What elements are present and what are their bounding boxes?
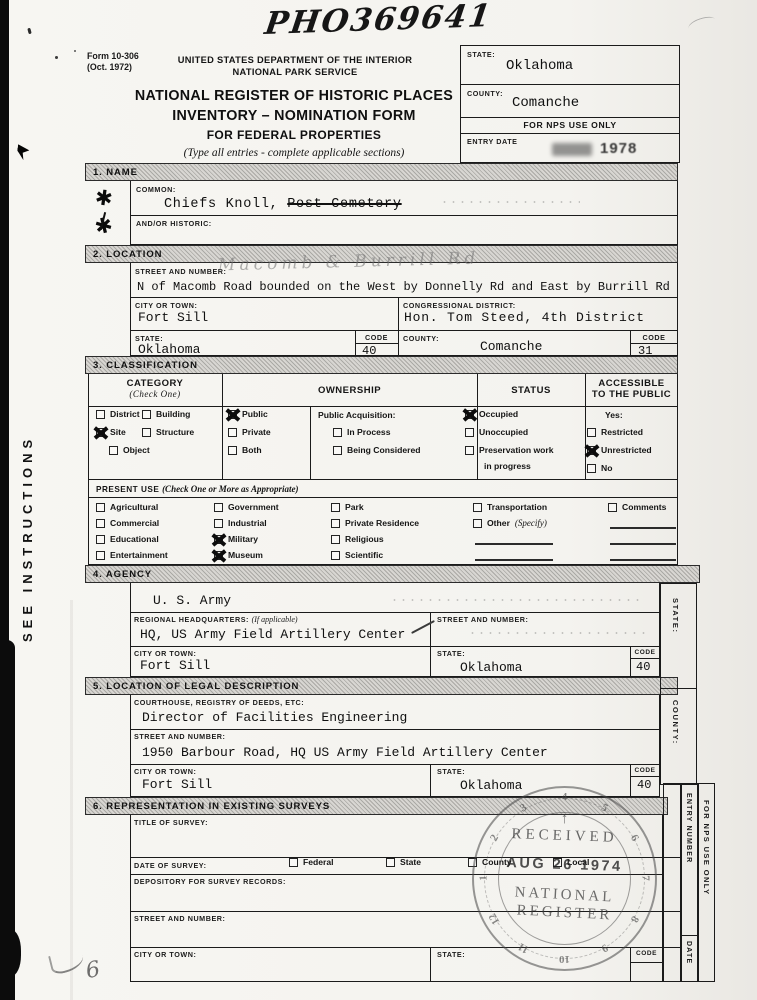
write-in-line (610, 527, 676, 529)
city-label: CITY OR TOWN: (134, 950, 196, 959)
divider-line (130, 764, 660, 765)
scan-streak (70, 600, 73, 1000)
scan-dots (390, 598, 645, 603)
code-label: CODE (630, 767, 660, 774)
write-in-line (610, 559, 676, 561)
street-label: STREET AND NUMBER: (134, 914, 226, 923)
checkbox-private-residence: Private Residence (331, 518, 419, 528)
status-header: STATUS (477, 385, 585, 396)
state-value: Oklahoma (138, 343, 200, 358)
state-value: Oklahoma (460, 779, 522, 794)
section-bar-title: 5. LOCATION OF LEGAL DESCRIPTION (93, 681, 299, 692)
checkbox-icon (587, 464, 596, 473)
checkbox-both: Both (228, 445, 262, 455)
see-instructions-note: SEE INSTRUCTIONS (20, 330, 35, 642)
city-label: CITY OR TOWN: (135, 301, 197, 310)
checkbox-icon (96, 519, 105, 528)
checkbox-icon (331, 503, 340, 512)
accessible-header: ACCESSIBLE TO THE PUBLIC (585, 378, 678, 400)
handwritten-star-mark: ✱ (93, 185, 114, 212)
checkbox-museum: Museum (214, 550, 263, 560)
write-in-line (475, 543, 553, 545)
checkbox-label: Preservation work (479, 445, 554, 455)
form-title-line2: INVENTORY – NOMINATION FORM (118, 108, 470, 124)
department-line2: NATIONAL PARK SERVICE (150, 66, 440, 78)
checkbox-local: Local (553, 857, 589, 867)
regional-hq-label-suffix: (If applicable) (252, 615, 298, 624)
checkbox-district: District (96, 409, 140, 419)
checkbox-icon (228, 410, 237, 419)
checkbox-in-process: In Process (333, 427, 390, 437)
divider-line (130, 947, 663, 948)
category-header: CATEGORY (Check One) (88, 378, 222, 399)
state-label: STATE: (437, 649, 465, 658)
checkbox-site: Site (96, 427, 126, 437)
checkbox-label: Both (242, 445, 262, 455)
margin-entry-number-label: ENTRY NUMBER (685, 793, 692, 863)
city-value: Fort Sill (140, 659, 210, 674)
common-value-text: Chiefs Knoll, (164, 197, 278, 212)
divider-line (430, 764, 431, 797)
checkbox-icon (473, 519, 482, 528)
street-label: STREET AND NUMBER: (437, 615, 529, 624)
checkbox-label: Being Considered (347, 445, 421, 455)
category-header-text: CATEGORY (88, 378, 222, 389)
common-value: Chiefs Knoll, Post Cemetery (164, 197, 402, 213)
city-label: CITY OR TOWN: (134, 649, 196, 658)
entry-date-stamp: 1978 (600, 140, 637, 157)
checkbox-label: District (110, 409, 140, 419)
congressional-value: Hon. Tom Steed, 4th District (404, 311, 645, 326)
checkbox-label-suffix: (Specify) (515, 518, 547, 528)
divider-line (130, 646, 660, 647)
present-use-label: PRESENT USE (Check One or More as Approp… (96, 484, 298, 494)
checkbox-icon (331, 519, 340, 528)
county-value: Comanche (480, 340, 542, 355)
state-label: STATE: (467, 50, 495, 59)
handwritten-scribble-flourish (48, 948, 86, 976)
checkbox-icon (333, 446, 342, 455)
checkbox-agricultural: Agricultural (96, 502, 158, 512)
department-heading: UNITED STATES DEPARTMENT OF THE INTERIOR… (150, 54, 440, 78)
divider-line (310, 406, 311, 480)
checkbox-entertainment: Entertainment (96, 550, 168, 560)
ownership-header: OWNERSHIP (222, 385, 477, 396)
section-bar-title: 3. CLASSIFICATION (93, 360, 198, 371)
agency-value: U. S. Army (153, 594, 231, 609)
divider-line (663, 857, 681, 858)
checkbox-label: Other (487, 518, 510, 528)
regional-hq-label: REGIONAL HEADQUARTERS: (If applicable) (134, 615, 298, 624)
courthouse-label: COURTHOUSE, REGISTRY OF DEEDS, ETC: (134, 698, 304, 707)
checkbox-commercial: Commercial (96, 518, 159, 528)
checkbox-label: Unoccupied (479, 427, 528, 437)
checkbox-icon (228, 428, 237, 437)
checkbox-label: In Process (347, 427, 390, 437)
checkbox-preservation-work: Preservation work (465, 445, 554, 455)
checkbox-label: Religious (345, 534, 384, 544)
divider-line (130, 874, 663, 875)
checkbox-label: Federal (303, 857, 334, 867)
courthouse-value: Director of Facilities Engineering (142, 711, 407, 726)
checkbox-icon (96, 428, 105, 437)
checkbox-icon (96, 503, 105, 512)
margin-date-label: DATE (685, 941, 692, 964)
checkbox-icon (468, 858, 477, 867)
code-label: CODE (630, 950, 663, 957)
checkbox-label: Military (228, 534, 258, 544)
form-number: Form 10-306 (Oct. 1972) (87, 51, 139, 72)
checkbox-icon (96, 410, 105, 419)
street-label: STREET AND NUMBER: (134, 732, 226, 741)
ink-flick-mark (16, 144, 30, 161)
regional-hq-label-text: REGIONAL HEADQUARTERS: (134, 615, 249, 624)
checkbox-label: County (482, 857, 512, 867)
code-value: 40 (637, 779, 651, 793)
street-label: STREET AND NUMBER: (135, 267, 227, 276)
checkbox-religious: Religious (331, 534, 384, 544)
divider-line (630, 776, 660, 777)
checkbox-private: Private (228, 427, 271, 437)
present-use-label-text: PRESENT USE (96, 485, 159, 494)
checkbox-unoccupied: Unoccupied (465, 427, 528, 437)
county-label: COUNTY: (467, 89, 503, 98)
divider-line (460, 84, 680, 85)
acquisition-label: Public Acquisition: (318, 410, 396, 420)
section-bar-title: 2. LOCATION (93, 249, 162, 260)
checkbox-label: Industrial (228, 518, 267, 528)
street-value: 1950 Barbour Road, HQ US Army Field Arti… (142, 746, 548, 761)
checkbox-label: Building (156, 409, 190, 419)
divider-line (88, 406, 678, 407)
common-label: COMMON: (136, 185, 176, 194)
city-value: Fort Sill (142, 778, 212, 793)
checkbox-icon (214, 551, 223, 560)
pencil-curve-mark (687, 14, 717, 34)
present-use-sublabel: (Check One or More as Appropriate) (162, 484, 298, 494)
divider-line (130, 330, 678, 331)
regional-hq-value: HQ, US Army Field Artillery Center (140, 628, 405, 643)
checkbox-label: No (601, 463, 612, 473)
checkbox-military: Military (214, 534, 258, 544)
section-bar-6: 6. REPRESENTATION IN EXISTING SURVEYS (85, 797, 668, 815)
divider-line (398, 297, 399, 356)
checkbox-label: Government (228, 502, 279, 512)
checkbox-park: Park (331, 502, 364, 512)
divider-line (88, 497, 678, 498)
category-subheader: (Check One) (88, 389, 222, 399)
code-value: 40 (636, 661, 650, 675)
common-value-struck-text: Post Cemetery (287, 197, 401, 212)
divider-line (130, 729, 660, 730)
form-number-line1: Form 10-306 (87, 51, 139, 62)
section-bar-1: 1. NAME (85, 163, 678, 181)
accessible-header-line2: TO THE PUBLIC (585, 389, 678, 400)
checkbox-label: Occupied (479, 409, 518, 419)
state-code-value: 40 (362, 345, 376, 359)
checkbox-county: County (468, 857, 512, 867)
checkbox-icon (142, 410, 151, 419)
checkbox-label: Entertainment (110, 550, 168, 560)
divider-line (130, 911, 663, 912)
form-title-line1: NATIONAL REGISTER OF HISTORIC PLACES (118, 88, 470, 104)
section-bar-3: 3. CLASSIFICATION (85, 356, 678, 374)
checkbox-other: Other(Specify) (473, 518, 547, 528)
checkbox-icon (386, 858, 395, 867)
form-title: NATIONAL REGISTER OF HISTORIC PLACES INV… (118, 88, 470, 159)
checkbox-state: State (386, 857, 421, 867)
margin-county-label: COUNTY: (671, 700, 680, 745)
checkbox-icon (96, 551, 105, 560)
checkbox-label: Museum (228, 550, 263, 560)
checkbox-restricted: Restricted (587, 427, 643, 437)
state-value: Oklahoma (460, 661, 522, 676)
divider-line (130, 215, 678, 216)
checkbox-icon (331, 551, 340, 560)
county-label: COUNTY: (403, 334, 439, 343)
section-bar-title: 6. REPRESENTATION IN EXISTING SURVEYS (93, 801, 330, 812)
scan-speck (74, 50, 76, 52)
section1-field-box (130, 181, 678, 245)
checkbox-scientific: Scientific (331, 550, 383, 560)
entry-date-stamp-smudge (552, 143, 592, 156)
checkbox-icon (333, 428, 342, 437)
checkbox-educational: Educational (96, 534, 159, 544)
checkbox-label: Agricultural (110, 502, 158, 512)
checkbox-icon (465, 410, 474, 419)
state-code-label: CODE (355, 333, 398, 342)
state-label: STATE: (437, 950, 465, 959)
checkbox-icon (228, 446, 237, 455)
divider-line (630, 658, 660, 659)
checkbox-label: Local (567, 857, 589, 867)
checkbox-icon (553, 858, 562, 867)
checkbox-label: Transportation (487, 502, 547, 512)
form-number-line2: (Oct. 1972) (87, 62, 139, 73)
checkbox-icon (109, 446, 118, 455)
checkbox-unrestricted: Unrestricted (587, 445, 652, 455)
checkbox-icon (289, 858, 298, 867)
checkbox-icon (96, 535, 105, 544)
form-subtitle: (Type all entries - complete applicable … (118, 147, 470, 159)
state-label: STATE: (437, 767, 465, 776)
historic-label: AND/OR HISTORIC: (136, 219, 212, 228)
divider-line (130, 612, 660, 613)
checkbox-label: State (400, 857, 421, 867)
checkbox-icon (465, 428, 474, 437)
checkbox-label: Park (345, 502, 364, 512)
divider-line (430, 947, 431, 982)
checkbox-comments: Comments (608, 502, 666, 512)
entry-date-label: ENTRY DATE (467, 137, 518, 146)
checkbox-icon (331, 535, 340, 544)
congressional-label: CONGRESSIONAL DISTRICT: (403, 301, 516, 310)
checkbox-label: Commercial (110, 518, 159, 528)
divider-line (663, 947, 681, 948)
checkbox-federal: Federal (289, 857, 334, 867)
checkbox-transportation: Transportation (473, 502, 547, 512)
checkbox-label: Private Residence (345, 518, 419, 528)
scan-dots (440, 200, 580, 205)
checkbox-no: No (587, 463, 612, 473)
state-value: Oklahoma (506, 58, 573, 74)
checkbox-government: Government (214, 502, 279, 512)
survey-title-label: TITLE OF SURVEY: (134, 818, 208, 827)
checkbox-icon (587, 428, 596, 437)
margin-blank-column (663, 783, 681, 982)
city-value: Fort Sill (138, 311, 208, 326)
checkbox-icon (214, 519, 223, 528)
handwritten-id: PHO369641 (263, 0, 495, 42)
scan-speck (27, 28, 31, 35)
checkbox-icon (142, 428, 151, 437)
divider-line (660, 688, 697, 689)
form-title-line3: FOR FEDERAL PROPERTIES (118, 128, 470, 142)
county-value: Comanche (512, 95, 579, 111)
checkbox-structure: Structure (142, 427, 194, 437)
survey-date-label: DATE OF SURVEY: (134, 861, 207, 870)
accessible-yes-label: Yes: (605, 410, 623, 420)
margin-nps-use-label: FOR NPS USE ONLY (702, 800, 711, 895)
checkbox-label: Structure (156, 427, 194, 437)
checkbox-icon (473, 503, 482, 512)
divider-line (460, 117, 680, 118)
city-label: CITY OR TOWN: (134, 767, 196, 776)
checkbox-label: Educational (110, 534, 159, 544)
checkbox-label: Restricted (601, 427, 643, 437)
checkbox-occupied: Occupied (465, 409, 518, 419)
checkbox-label: Unrestricted (601, 445, 652, 455)
checkbox-building: Building (142, 409, 190, 419)
scan-blot (0, 930, 21, 976)
divider-line (630, 962, 663, 963)
checkbox-label: Scientific (345, 550, 383, 560)
divider-line (681, 935, 698, 936)
write-in-line (610, 543, 676, 545)
handwritten-scribble-text: 6 (84, 957, 102, 984)
section-bar-title: 1. NAME (93, 167, 138, 178)
checkbox-icon (214, 503, 223, 512)
checkbox-industrial: Industrial (214, 518, 267, 528)
checkbox-label: Comments (622, 502, 666, 512)
checkbox-being-considered: Being Considered (333, 445, 421, 455)
divider-line (663, 911, 681, 912)
street-value: N of Macomb Road bounded on the West by … (137, 281, 670, 295)
code-label: CODE (630, 649, 660, 656)
checkbox-label: Public (242, 409, 268, 419)
checkbox-icon (587, 446, 596, 455)
county-code-label: CODE (630, 333, 678, 342)
accessible-header-line1: ACCESSIBLE (585, 378, 678, 389)
scan-dots (468, 631, 648, 636)
checkbox-label: Private (242, 427, 271, 437)
preservation-work-line2: in progress (484, 461, 531, 471)
depository-label: DEPOSITORY FOR SURVEY RECORDS: (134, 877, 286, 886)
section6-field-box (130, 815, 663, 982)
write-in-line (475, 559, 553, 561)
margin-state-label: STATE: (671, 598, 680, 634)
checkbox-icon (214, 535, 223, 544)
section-bar-4: 4. AGENCY (85, 565, 700, 583)
checkbox-label: Object (123, 445, 150, 455)
nps-use-only-label: FOR NPS USE ONLY (460, 120, 680, 130)
checkbox-label: Site (110, 427, 126, 437)
checkbox-object: Object (109, 445, 150, 455)
scan-speck (55, 56, 58, 59)
section-bar-5: 5. LOCATION OF LEGAL DESCRIPTION (85, 677, 678, 695)
checkbox-icon (608, 503, 617, 512)
department-line1: UNITED STATES DEPARTMENT OF THE INTERIOR (150, 54, 440, 66)
checkbox-icon (465, 446, 474, 455)
checkbox-public: Public (228, 409, 268, 419)
divider-line (130, 297, 678, 298)
section-bar-title: 4. AGENCY (93, 569, 152, 580)
county-code-value: 31 (638, 345, 652, 359)
divider-line (460, 133, 680, 134)
